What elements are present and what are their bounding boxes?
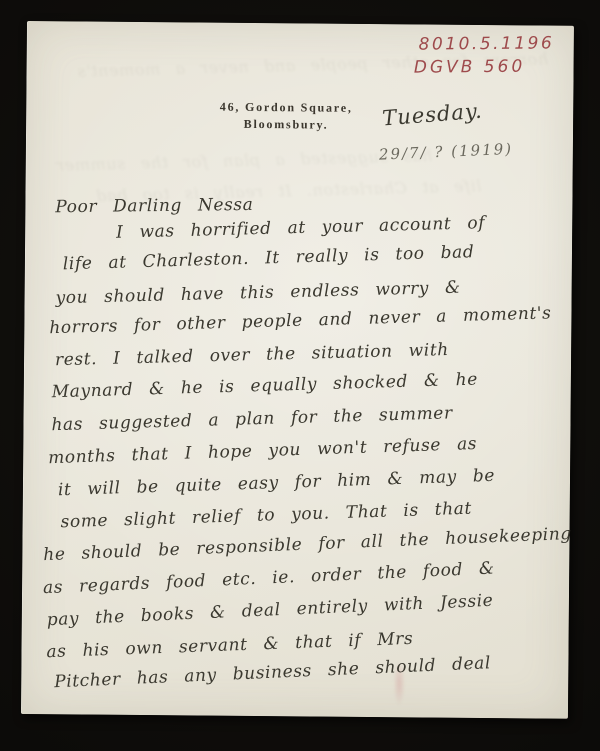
letterhead-city-line: Bloomsbury.: [154, 115, 418, 134]
accession-line-1: 8010.5.1196: [419, 32, 555, 56]
handwriting-line: as regards food etc. ie. order the food …: [43, 558, 495, 598]
printed-letterhead: 46, Gordon Square, Bloomsbury.: [154, 98, 418, 134]
handwriting-line: some slight relief to you. That is that: [60, 499, 472, 533]
handwriting-line: has suggested a plan for the summer: [51, 403, 453, 435]
handwriting-line: Maynard & he is equally shocked & he: [51, 370, 478, 403]
handwritten-date-numeric: 29/7/ ? (1919): [379, 140, 514, 164]
handwriting-line: life at Charleston. It really is too bad: [63, 242, 475, 274]
photograph-of-letter: horrors for other people and never a mom…: [0, 0, 600, 751]
handwriting-line: I was horrified at your account of: [116, 213, 485, 243]
handwriting-line: you should have this endless worry &: [55, 278, 461, 309]
handwriting-line: pay the books & deal entirely with Jessi…: [46, 591, 493, 630]
archive-accession-number: 8010.5.1196 DGVB 560: [419, 32, 555, 79]
handwriting-line: it will be quite easy for him & may be: [58, 466, 496, 500]
handwriting-line: months that I hope you won't refuse as: [48, 434, 478, 468]
ink-showthrough: has suggested a plan for the summer: [56, 146, 433, 175]
handwriting-line: as his own servant & that if Mrs: [46, 629, 414, 662]
letter-paper: horrors for other people and never a mom…: [21, 21, 574, 719]
accession-line-2: DGVB 560: [414, 55, 555, 79]
handwriting-line: rest. I talked over the situation with: [55, 340, 449, 370]
handwriting-line: horrors for other people and never a mom…: [49, 303, 552, 338]
handwriting-line-salutation: Poor Darling Nessa: [55, 195, 253, 217]
